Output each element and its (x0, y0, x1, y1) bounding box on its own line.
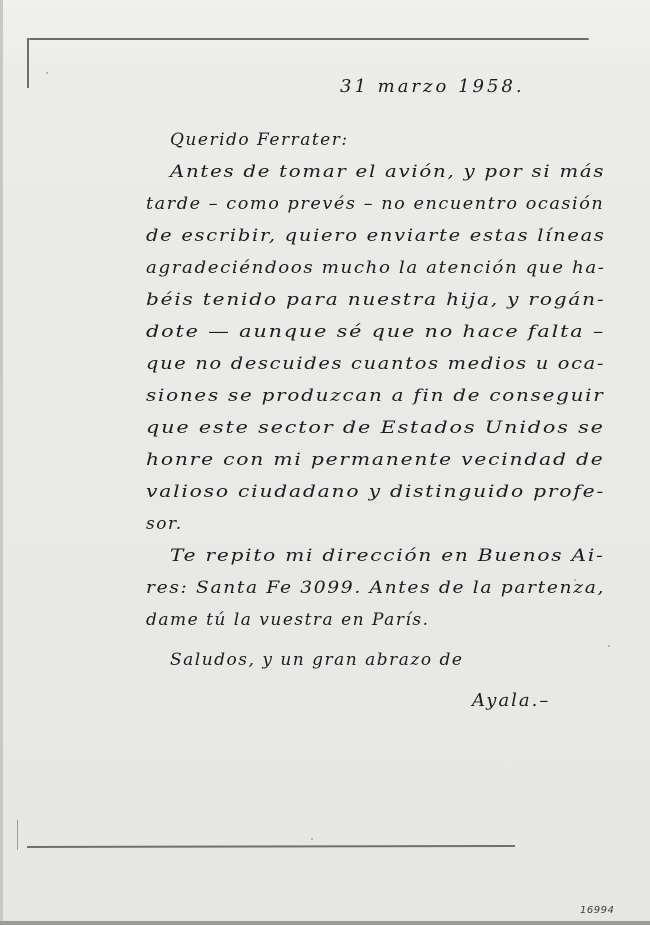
body-line: agradeciéndoos mucho la atención que ha- (146, 258, 606, 278)
body-line: que este sector de Estados Unidos se (146, 418, 605, 438)
body-line: res: Santa Fe 3099. Antes de la partenza… (146, 578, 605, 598)
letter-closing: Saludos, y un gran abrazo de (170, 650, 463, 670)
body-line: siones se produzcan a fin de conseguir (146, 386, 605, 406)
body-line: que no descuides cuantos medios u oca- (146, 354, 605, 374)
letter-signature: Ayala.– (472, 690, 550, 711)
letter-date: 31 marzo 1958. (340, 76, 525, 97)
handwritten-letter: 31 marzo 1958. Querido Ferrater: Antes d… (0, 0, 650, 925)
body-line: dote — aunque sé que no hace falta – (146, 322, 605, 342)
body-line: tarde – como prevés – no encuentro ocasi… (146, 194, 604, 214)
body-line: béis tenido para nuestra hija, y rogán- (146, 290, 605, 310)
body-line: sor. (146, 514, 183, 534)
body-line: valioso ciudadano y distinguido profe- (146, 482, 605, 502)
archive-number: 16994 (580, 905, 614, 916)
body-line: Antes de tomar el avión, y por si más (170, 162, 605, 182)
body-line: honre con mi permanente vecindad de (146, 450, 605, 470)
body-line: de escribir, quiero enviarte estas línea… (146, 226, 606, 246)
letter-greeting: Querido Ferrater: (170, 130, 349, 150)
body-line: dame tú la vuestra en París. (146, 610, 430, 630)
body-line: Te repito mi dirección en Buenos Ai- (170, 546, 605, 566)
